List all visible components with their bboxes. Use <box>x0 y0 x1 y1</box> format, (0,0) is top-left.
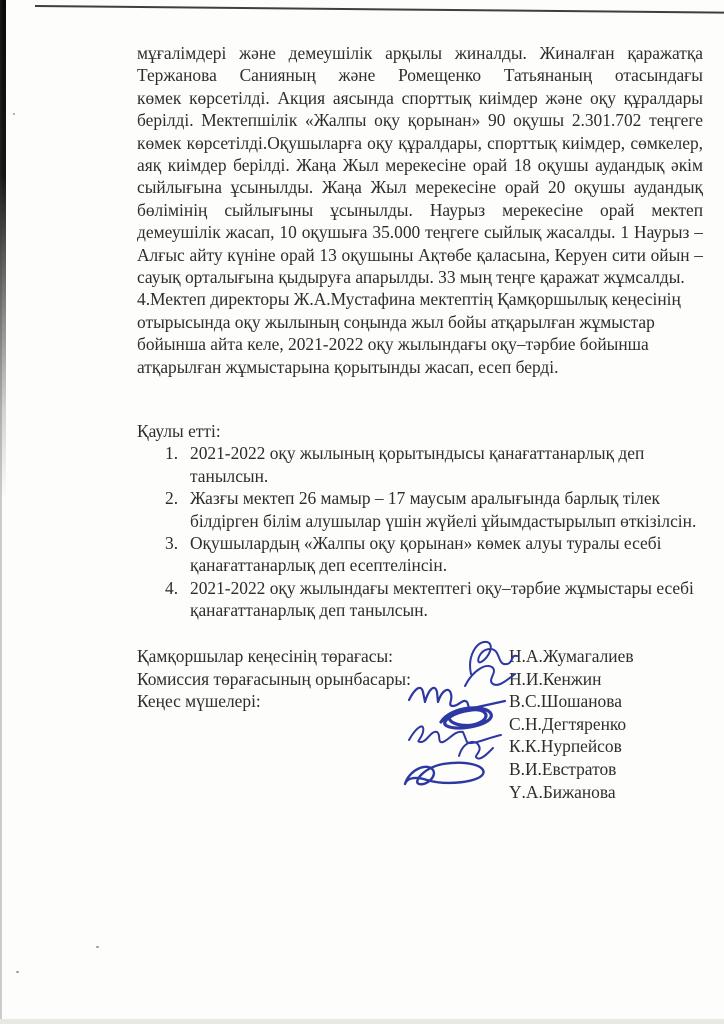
body-line: 4.Мектеп директоры Ж.А.Мустафина мектепт… <box>137 288 703 310</box>
signature-role-label: Комиссия төрағасының орынбасары: <box>137 668 411 691</box>
resolution-item-line: танылсын. <box>190 465 703 487</box>
resolution-item-number: 1. <box>165 442 190 487</box>
resolution-item-line: 2021-2022 оқу жылындағы мектептегі оқу–т… <box>190 577 703 599</box>
scan-speck <box>96 946 99 948</box>
body-line: бөлімінің сыйлығыны ұсынылды. Наурыз мер… <box>137 199 703 221</box>
signature-ink-group <box>405 642 517 784</box>
signature-scribble <box>405 763 484 785</box>
signature-role-label: Қамқоршылар кеңесінің төрағасы: <box>137 645 411 668</box>
resolution-item-line: қанағаттанарлық деп есептелінсін. <box>190 554 703 576</box>
body-line: бойынша айта келе, 2021-2022 оқу жылында… <box>137 333 703 355</box>
body-line: көмек көрсетілді. Акция аясында спорттық… <box>137 87 703 109</box>
director-paragraph: 4.Мектеп директоры Ж.А.Мустафина мектепт… <box>137 288 703 378</box>
resolution-item: 2. Жазғы мектеп 26 мамыр – 17 маусым ара… <box>137 487 703 532</box>
body-paragraph: мұғалімдері және демеушілік арқылы жинал… <box>137 42 703 288</box>
body-line: аяқ киімдер берілді. Жаңа Жыл мерекесіне… <box>137 154 703 176</box>
scan-edge-top-line <box>35 5 724 13</box>
resolution-item-text: 2021-2022 оқу жылындағы мектептегі оқу–т… <box>190 577 703 622</box>
body-line: берілді. Мектепшілік «Жалпы оқу қорынан»… <box>137 109 703 131</box>
handwritten-signatures-ink <box>375 618 565 818</box>
resolution-item-text: Оқушылардың «Жалпы оқу қорынан» көмек ал… <box>190 532 703 577</box>
scan-edge-bottom <box>0 1019 724 1024</box>
resolution-item-text: Жазғы мектеп 26 мамыр – 17 маусым аралығ… <box>190 487 703 532</box>
signature-scribble <box>465 666 515 686</box>
body-line: демеушілік жасап, 10 оқушыға 35.000 теңг… <box>137 221 703 243</box>
resolution-item-line: білдірген білім алушылар үшін жүйелі ұйы… <box>190 510 703 532</box>
scanned-document-page: мұғалімдері және демеушілік арқылы жинал… <box>0 0 724 1024</box>
document-body: мұғалімдері және демеушілік арқылы жинал… <box>137 42 703 622</box>
signature-labels: Қамқоршылар кеңесінің төрағасы: Комиссия… <box>137 645 411 713</box>
scan-speck <box>16 971 19 973</box>
resolution-item: 3. Оқушылардың «Жалпы оқу қорынан» көмек… <box>137 532 703 577</box>
resolution-item-line: Жазғы мектеп 26 мамыр – 17 маусым аралығ… <box>190 487 703 509</box>
resolution-item-number: 4. <box>165 577 190 622</box>
resolution-list: 1. 2021-2022 оқу жылының қорытындысы қан… <box>137 442 703 621</box>
body-line: көмек көрсетілді.Оқушыларға оқу құралдар… <box>137 132 703 154</box>
scan-speck <box>13 113 15 115</box>
body-line: сыйлығына ұсынылды. Жаңа Жыл мерекесіне … <box>137 176 703 198</box>
resolution-heading: Қаулы етті: <box>137 420 703 442</box>
signature-scribble <box>441 708 491 728</box>
resolution-item: 4. 2021-2022 оқу жылындағы мектептегі оқ… <box>137 577 703 622</box>
resolution-item-line: 2021-2022 оқу жылының қорытындысы қанаға… <box>190 442 703 464</box>
signature-scribble <box>409 688 505 709</box>
scan-edge-left-faint <box>0 0 2 1024</box>
resolution-item-number: 3. <box>165 532 190 577</box>
body-line: атқарылған жұмыстарына қорытынды жасап, … <box>137 356 703 378</box>
body-line: отырысында оқу жылының соңында жыл бойы … <box>137 311 703 333</box>
body-line: Тержанова Санияның және Ромещенко Татьян… <box>137 64 703 86</box>
body-line: сауық орталығына қыдыруға апарылды. 33 м… <box>137 266 703 288</box>
resolution-item-number: 2. <box>165 487 190 532</box>
resolution-item: 1. 2021-2022 оқу жылының қорытындысы қан… <box>137 442 703 487</box>
body-line: Алғыс айту күніне орай 13 оқушыны Ақтөбе… <box>137 244 703 266</box>
signature-role-label: Кеңес мүшелері: <box>137 690 411 713</box>
resolution-item-line: Оқушылардың «Жалпы оқу қорынан» көмек ал… <box>190 532 703 554</box>
resolution-item-text: 2021-2022 оқу жылының қорытындысы қанаға… <box>190 442 703 487</box>
body-line: мұғалімдері және демеушілік арқылы жинал… <box>137 42 703 64</box>
signature-scribble <box>459 742 493 759</box>
